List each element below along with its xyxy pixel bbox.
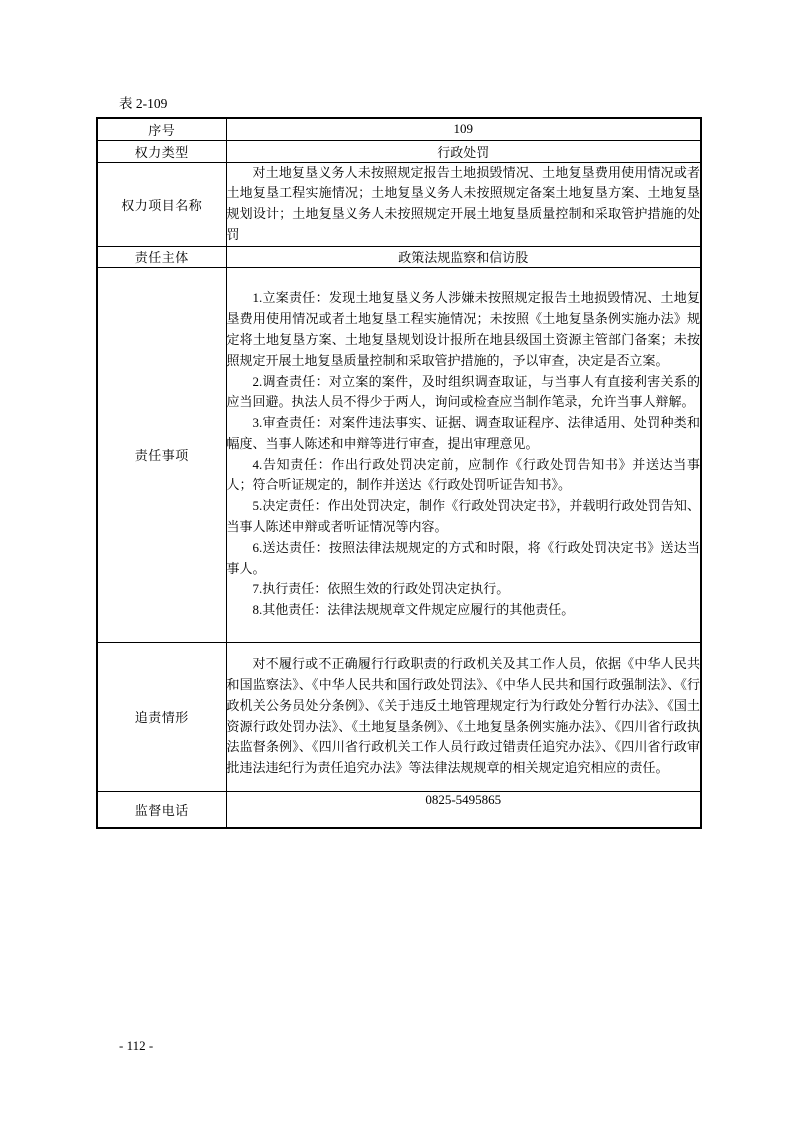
duty-item-3: 3.审查责任：对案件违法事实、证据、调查取证程序、法律适用、处罚种类和幅度、当事… [227, 413, 701, 455]
row-duty-items: 责任事项 1.立案责任：发现土地复垦义务人涉嫌未按照规定报告土地损毁情况、土地复… [97, 267, 701, 642]
power-type-label: 权力类型 [97, 140, 226, 162]
duty-item-5: 5.决定责任：作出处罚决定，制作《行政处罚决定书》，并载明行政处罚告知、当事人陈… [227, 496, 701, 538]
power-item-name-text: 对土地复垦义务人未按照规定报告土地损毁情况、土地复垦费用使用情况或者土地复垦工程… [227, 163, 701, 246]
accountability-text: 对不履行或不正确履行行政职责的行政机关及其工作人员，依据《中华人民共和国监察法》… [227, 654, 701, 779]
duty-items-value: 1.立案责任：发现土地复垦义务人涉嫌未按照规定报告土地损毁情况、土地复垦费用使用… [226, 267, 701, 642]
supervision-phone-label: 监督电话 [97, 791, 226, 828]
row-accountability: 追责情形 对不履行或不正确履行行政职责的行政机关及其工作人员，依据《中华人民共和… [97, 642, 701, 791]
duty-item-2: 2.调查责任：对立案的案件，及时组织调查取证，与当事人有直接利害关系的应当回避。… [227, 372, 701, 414]
power-item-name-value: 对土地复垦义务人未按照规定报告土地损毁情况、土地复垦费用使用情况或者土地复垦工程… [226, 162, 701, 246]
accountability-label: 追责情形 [97, 642, 226, 791]
row-supervision-phone: 监督电话 0825-5495865 [97, 791, 701, 828]
table-caption: 表 2-109 [119, 96, 167, 112]
serial-number-value: 109 [226, 118, 701, 140]
document-page: 表 2-109 序号 109 权力类型 行政处罚 权力项目名称 对土地复垦义务人… [0, 0, 793, 1122]
duty-item-8: 8.其他责任：法律法规规章文件规定应履行的其他责任。 [227, 600, 701, 621]
row-power-type: 权力类型 行政处罚 [97, 140, 701, 162]
page-number: - 112 - [119, 1038, 153, 1053]
power-item-name-label: 权力项目名称 [97, 162, 226, 246]
duty-item-6: 6.送达责任：按照法律法规规定的方式和时限，将《行政处罚决定书》送达当事人。 [227, 538, 701, 580]
row-responsible-subject: 责任主体 政策法规监察和信访股 [97, 246, 701, 267]
serial-number-label: 序号 [97, 118, 226, 140]
power-type-value: 行政处罚 [226, 140, 701, 162]
duty-items-label: 责任事项 [97, 267, 226, 642]
responsible-subject-label: 责任主体 [97, 246, 226, 267]
duty-item-7: 7.执行责任：依照生效的行政处罚决定执行。 [227, 579, 701, 600]
row-power-item-name: 权力项目名称 对土地复垦义务人未按照规定报告土地损毁情况、土地复垦费用使用情况或… [97, 162, 701, 246]
power-matrix-table: 序号 109 权力类型 行政处罚 权力项目名称 对土地复垦义务人未按照规定报告土… [96, 117, 702, 829]
duty-item-1: 1.立案责任：发现土地复垦义务人涉嫌未按照规定报告土地损毁情况、土地复垦费用使用… [227, 288, 701, 371]
responsible-subject-value: 政策法规监察和信访股 [226, 246, 701, 267]
accountability-value: 对不履行或不正确履行行政职责的行政机关及其工作人员，依据《中华人民共和国监察法》… [226, 642, 701, 791]
supervision-phone-value: 0825-5495865 [226, 791, 701, 828]
row-serial-number: 序号 109 [97, 118, 701, 140]
duty-item-4: 4.告知责任：作出行政处罚决定前，应制作《行政处罚告知书》并送达当事人；符合听证… [227, 455, 701, 497]
